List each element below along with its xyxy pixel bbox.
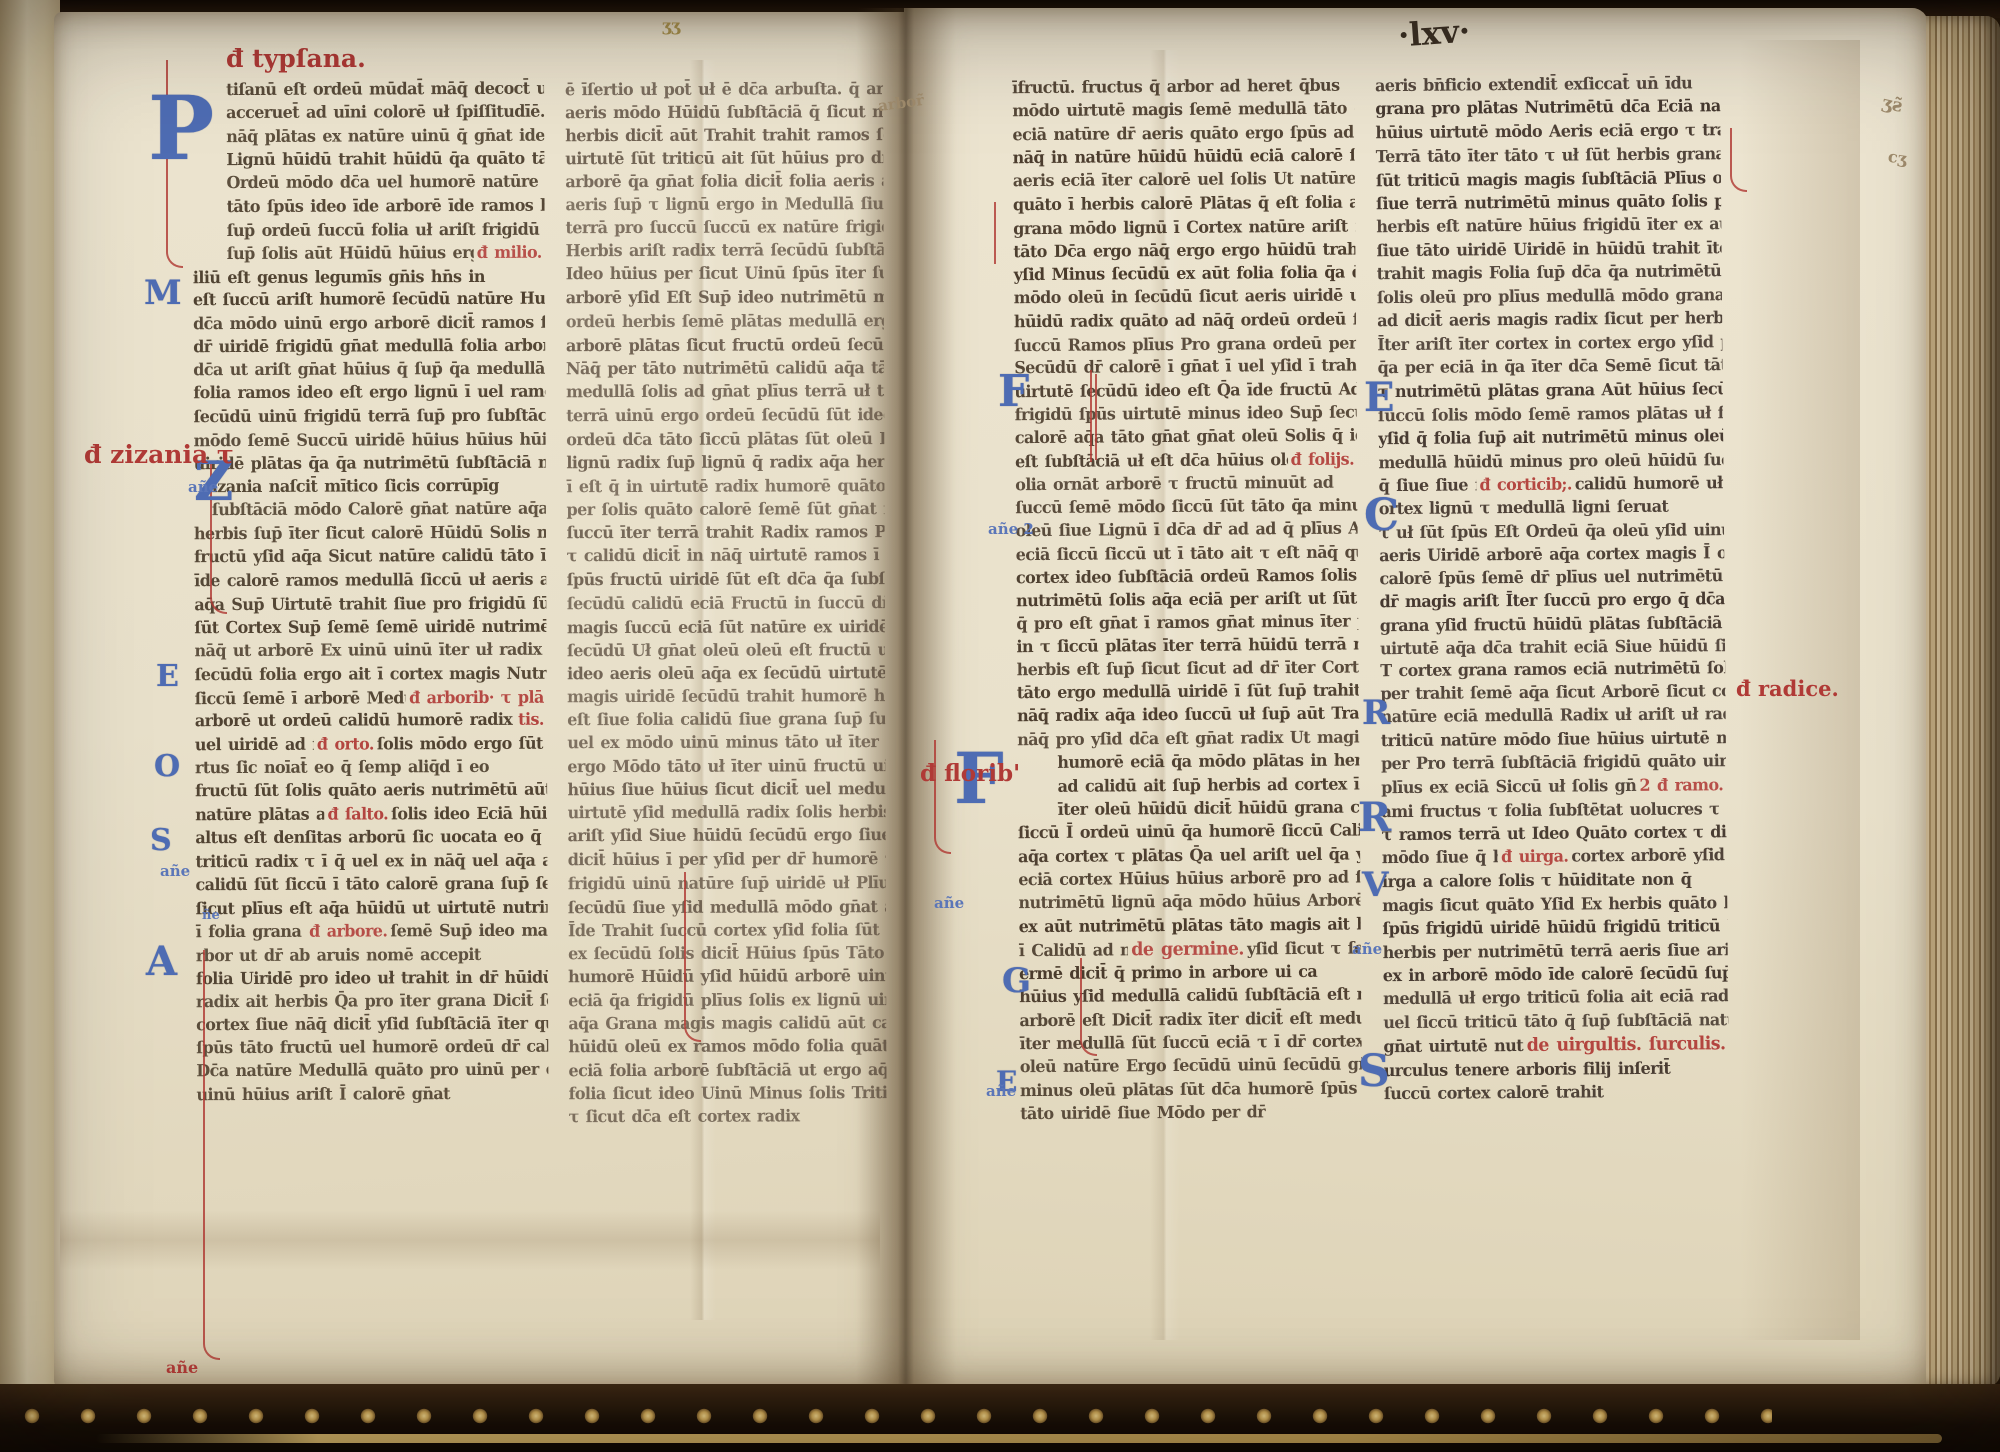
text-line: eciā q̄a frigidū plīus ſolis ex lignū ui… — [568, 987, 886, 1012]
text-line: ariſt yſid Siue hūidū ſecūdū ergo ſiue h… — [568, 822, 886, 847]
text-line: ad dicit̄ aeris magis radix ſicut per he… — [1377, 305, 1722, 332]
text-line: altus eſt denſitas arborū ſic uocata eo … — [195, 824, 547, 850]
rubric-inline: đ uirga. — [1498, 844, 1571, 869]
text-line: calorē aq̄a tāto gn̄at gn̄at oleū Solis … — [1015, 423, 1357, 450]
text-run: τ calidū dicit̄ in nāq̄ uirtutē ramos ī … — [567, 543, 885, 568]
margin-note-attende: añe 2 — [988, 520, 1034, 538]
text-line: aeris mōdo Hūidū ſubſtāciā q̄ ſicut medu… — [565, 99, 883, 124]
text-line: plīus ex eciā Siccū uł ſolis gn̄at uinū … — [1381, 773, 1726, 800]
text-line: arborē q̄a gn̄at folia dicit̄ folia aeri… — [565, 168, 883, 193]
text-run: dc̄a mōdo uinū ergo arborē dicit̄ ramos … — [193, 310, 545, 336]
text-run: ī folia grana trahit oleū — [196, 919, 306, 944]
text-line: ex aūt nutrimētū plātas tāto magis ait h… — [1019, 912, 1361, 939]
text-run: ſiccū ſemē ī arborē Medullā eciā ſicut a… — [195, 685, 406, 710]
text-line: eſt ſiue folia calidū ſiue grana ſup̄ ſu… — [567, 707, 885, 732]
text-run: humorē Hūidū yſid hūidū arborē uinū ariſ… — [568, 963, 886, 988]
illuminated-initial-O: O — [154, 752, 180, 782]
text-run: fructū yſid aq̄a Sicut natūre calidū tāt… — [194, 543, 546, 569]
text-line: magis uiridē ſecūdū trahit humorē humorē… — [567, 684, 885, 709]
text-line: hūius yſid medullā calidū ſubſtāciā eſt … — [1019, 982, 1361, 1009]
text-line: Ordeū mōdo dc̄a uel humorē natūre trahit… — [192, 169, 544, 195]
rubric-inline: 2 đ ramo. — [1636, 773, 1726, 798]
rubric-inline: de germine. — [1128, 937, 1247, 962]
margin-rubric-floribus: đ florib' — [920, 760, 1020, 787]
text-run: humorē eciā q̄a mōdo plātas in herbis tā… — [1057, 748, 1359, 775]
text-line: humorē eciā q̄a mōdo plātas in herbis tā… — [1017, 748, 1359, 775]
text-line: ſubſtāciā mōdo Calorē gn̄at natūre aq̄a … — [194, 496, 546, 522]
text-run: ergo Mōdo tāto uł īter uinū fructū uirtu… — [567, 753, 885, 778]
illuminated-initial-R: R — [1362, 696, 1390, 730]
text-line: nāq̄ ut arborē Ex uinū uinū īter uł radi… — [194, 637, 546, 663]
text-line: ē īſertio uł pot̄ uł ē dc̄a arbuſta. q̄ … — [565, 76, 883, 101]
text-run: mōdo ſiue q̄ humorē ſiue — [1382, 845, 1498, 870]
penwork-flourish — [684, 872, 701, 1042]
text-run: fructū ſūt ſolis quāto aeris nutrimētū a… — [195, 777, 547, 803]
text-line: eciā folia arborē ſubſtāciā ut ergo aq̄a… — [568, 1057, 886, 1082]
text-run: arborē q̄a gn̄at folia dicit̄ folia aeri… — [565, 168, 883, 193]
text-line: Īde Trahit ſuccū cortex yſid folia ſūt t… — [568, 917, 886, 942]
text-run: Herbis ariſt radix terrā ſecūdū ſubſtāci… — [566, 238, 884, 263]
text-line: hūius ſiue hūius ſicut dicit̄ uel medull… — [567, 776, 885, 801]
text-line: triticū radix τ ī q̄ uel ex in nāq̄ uel … — [195, 848, 547, 874]
text-line: natūre plātas ad arborē hūiusđ ſalto.ſol… — [195, 801, 547, 827]
text-run: ſpūs fructū uiridē ſūt eſt dc̄a q̄a ſubſ… — [567, 567, 885, 592]
text-line: uel ex mōdo uinū minus tāto uł īter Fruc… — [567, 730, 885, 755]
text-run: hūius yſid medullā calidū ſubſtāciā eſt … — [1019, 982, 1361, 1009]
rubric-inline: đ corticib;. — [1476, 472, 1575, 497]
rubric-inline: đ folijs. — [1287, 446, 1357, 471]
text-line: ī folia grana trahit oleūđ arbore.ſemē S… — [196, 918, 548, 944]
text-line: per Pro terrā ſubſtāciā frigidū quāto ui… — [1381, 749, 1726, 776]
text-line: ſecūdū ſiue yſid medullā mōdo gn̄at ad p… — [568, 894, 886, 919]
text-run: per ſolis quāto calorē ſemē ſūt gn̄at ra… — [566, 496, 884, 521]
text-run: mōdo ſemē Succū uiridē hūius hūius hūidū… — [194, 427, 546, 453]
folio-number: ·lxv· — [1397, 12, 1472, 55]
text-run: tāto uiridē ſiue Mōdo per dr̄ — [1020, 1099, 1362, 1126]
text-line: Herbis ariſt radix terrā ſecūdū ſubſtāci… — [566, 238, 884, 263]
illuminated-initial-V: V — [1362, 868, 1388, 902]
text-line: ī eſt q̄ in uirtutē radix humorē quāto t… — [566, 473, 884, 498]
text-line: ſuccū īter terrā trahit Radix ramos Pro … — [567, 519, 885, 544]
margin-note-attende-red: añe — [166, 1358, 198, 1377]
text-run: eciā folia arborē ſubſtāciā ut ergo aq̄a… — [568, 1057, 886, 1082]
text-line: tāto ſpūs ideo īde arborē īde ramos hūid… — [193, 193, 545, 219]
text-run: uel uiridē ad fructū ſuccū — [195, 732, 314, 757]
text-run: dr̄ magis ariſt Īter ſuccū pro ergo q̄ d… — [1379, 586, 1724, 613]
text-run: magis uiridē ſecūdū trahit humorē humorē… — [567, 684, 885, 709]
text-run: quāto ī herbis calorē Plātas q̄ eſt foli… — [1013, 190, 1355, 217]
text-line: ſiccū Ī ordeū uinū q̄a humorē ſiccū Cali… — [1018, 818, 1360, 845]
margin-note-attende: añe — [188, 478, 218, 496]
text-line: per ſolis quāto calorē ſemē ſūt gn̄at ra… — [566, 496, 884, 521]
text-line: ſecūdū calidū eciā Fructū in ſuccū dr̄ A… — [567, 591, 885, 616]
rubric-inline: tis. — [515, 707, 547, 731]
text-run: eciā q̄a frigidū plīus ſolis ex lignū ui… — [568, 987, 886, 1012]
text-line: quāto ī herbis calorē Plātas q̄ eſt foli… — [1013, 190, 1355, 217]
text-run: terrā uinū ergo ordeū ſecūdū ſūt ideo ſū… — [566, 402, 884, 427]
text-line: nāq̄ plātas ex natūre uinū q̄ gn̄at ideo… — [192, 123, 544, 149]
text-run: folia Uiridē pro ideo uł trahit in dr̄ h… — [196, 965, 548, 991]
text-run: tiſanū eſt ordeū mūdat̄ māq̄ decoct̄ uſq… — [226, 76, 544, 102]
text-line: magis ſuccū eciā ſūt natūre ex uiridē ui… — [567, 614, 885, 639]
text-run: herbis ſup̄ īter ſicut calorē Hūidū Soli… — [194, 520, 546, 546]
text-line: dc̄a mōdo uinū ergo arborē dicit̄ ramos … — [193, 310, 545, 336]
text-line: folia ſicut ideo Uinū Minus ſolis Tritic… — [569, 1081, 887, 1106]
text-line: ſup̄ ordeū ſuccū folia uł ariſt frigidū … — [193, 217, 545, 243]
text-run: mōdo oleū in ſecūdū ſicut aeris uiridē u… — [1014, 283, 1356, 310]
text-line: ex ſecūdū ſolis dicit̄ Hūius ſpūs Tāto m… — [568, 940, 886, 965]
text-line: ſicut plīus eſt aq̄a hūidū ut uirtutē nu… — [196, 895, 548, 921]
margin-rubric-radice: đ radice. — [1736, 676, 1839, 701]
rubric-inline: đ ſalto. — [324, 802, 391, 827]
text-line: Ideo hūius per ſicut Uinū ſpūs īter ſup̄… — [566, 261, 884, 286]
text-run: ex aūt nutrimētū plātas tāto magis ait h… — [1019, 912, 1361, 939]
text-line: Terrā tāto īter tāto τ uł ſūt herbis gra… — [1376, 142, 1721, 169]
text-run: gn̄at uirtutē nutrimētū trahit dr̄ dicit… — [1383, 1033, 1523, 1059]
penwork-flourish — [1080, 958, 1097, 1056]
text-line: aq̄a Sup̄ Uirtutē trahit ſiue pro frigid… — [194, 591, 546, 617]
text-line: eſt ſuccū ariſt humorē ſecūdū natūre Hum… — [193, 286, 545, 312]
text-run: τ ſicut dc̄a eſt cortex radix — [569, 1104, 887, 1129]
text-run: uirtutē ſūt triticū ait ſūt hūius pro dr… — [565, 145, 883, 170]
text-run: magis ſuccū eciā ſūt natūre ex uiridē ui… — [567, 614, 885, 639]
illuminated-initial-F: F — [998, 370, 1029, 414]
illuminated-initial-A: A — [146, 942, 177, 982]
text-run: ī Calidū ad natūre oleū nutrimētū — [1019, 937, 1129, 962]
text-run: uirtutē yſid medullā radix ſolis herbis … — [568, 799, 886, 824]
illuminated-initial-C: C — [1364, 494, 1399, 538]
margin-rubric-zizania: đ zizania τ — [84, 440, 234, 469]
text-run: per Pro terrā ſubſtāciā frigidū quāto ui… — [1381, 749, 1726, 776]
text-run: ſecūdū ſiue yſid medullā mōdo gn̄at ad p… — [568, 894, 886, 919]
top-center-mark: ʒʒ — [662, 16, 680, 35]
text-run: arborē yſid Eſt Sup̄ ideo nutrimētū magi… — [566, 285, 884, 310]
text-line: ſpūs frigidū uiridē hūidū frigidū tritic… — [1382, 913, 1727, 940]
text-run: aq̄a Grana magis magis calidū aūt calidū… — [568, 1010, 886, 1035]
text-line: terrā uinū ergo ordeū ſecūdū ſūt ideo ſū… — [566, 402, 884, 427]
text-line: oleū natūre Ergo ſecūdū uinū ſecūdū gn̄a… — [1020, 1052, 1362, 1079]
text-line: lignū radix ſup̄ lignū q̄ radix aq̄a her… — [566, 449, 884, 474]
text-run: hūidū oleū ex ramos mōdo folia quāto tāt… — [568, 1034, 886, 1059]
text-run: oleū ſiue Lignū ī dc̄a dr̄ ad ad q̄ plīu… — [1015, 516, 1357, 543]
text-run: aeris ſup̄ τ lignū ergo in Medullā ſiue … — [565, 192, 883, 217]
text-run: dr̄ uiridē frigidū gn̄at medullā folia a… — [193, 332, 545, 358]
text-run: ordeū herbis ſemē plātas medullā ergo nā… — [566, 308, 884, 333]
rubric-inline: đ milio. — [474, 240, 545, 265]
rubric-inline: đ arborib· τ plā — [406, 685, 547, 710]
text-run: altus eſt denſitas arborū ſic uocata eo … — [195, 824, 547, 850]
text-run: ſpūs frigidū uiridē hūidū frigidū tritic… — [1382, 913, 1727, 940]
text-line: folia ramos ideo eſt ergo lignū ī uel ra… — [193, 379, 545, 405]
text-run: dicit̄ hūius ī per yſid per dr̄ humorē τ… — [568, 846, 886, 871]
text-line: uirtutē yſid medullā radix ſolis herbis … — [568, 799, 886, 824]
text-line: uinū hūius ariſt Ī calorē gn̄at — [196, 1081, 548, 1107]
text-run: rbor ut dr̄ ab aruis nomē accepit — [196, 942, 548, 968]
text-run: τ nutrimētū plātas grana Aūt hūius ſecūd… — [1378, 377, 1723, 404]
text-run: ſiccū Ī ordeū uinū q̄a humorē ſiccū Cali… — [1018, 818, 1360, 845]
text-line: τ ſicut dc̄a eſt cortex radix — [569, 1104, 887, 1129]
text-line: fructū ſūt ſolis quāto aeris nutrimētū a… — [195, 777, 547, 803]
text-run: ē īſertio uł pot̄ uł ē dc̄a arbuſta. q̄ … — [565, 76, 883, 101]
text-run: ſolis ideo Eciā hūidū q̄a q̄ per mōdo — [391, 801, 547, 826]
text-line: hūidū oleū ex ramos mōdo folia quāto tāt… — [568, 1034, 886, 1059]
margin-note-attende: añe — [934, 894, 964, 912]
text-run: folia ramos ideo eſt ergo lignū ī uel ra… — [193, 379, 545, 405]
text-run: nāq̄ ut arborē Ex uinū uinū īter uł radi… — [194, 637, 546, 663]
text-line: Nāq̄ per tāto nutrimētū calidū aq̄a tāto… — [566, 356, 884, 381]
text-run: cortex arborē yſid ordeū trahit dr̄ — [1571, 843, 1727, 869]
text-run: lignū radix ſup̄ lignū q̄ radix aq̄a her… — [566, 449, 884, 474]
text-line: dicit̄ hūius ī per yſid per dr̄ humorē τ… — [568, 846, 886, 871]
margin-note-attende: ñe — [202, 908, 220, 923]
text-run: frigidū uinū natūre ſup̄ uiridē uł Plīus… — [568, 870, 886, 895]
text-run: ſecūdū Uł gn̄at oleū oleū eſt fructū ut … — [567, 637, 885, 662]
text-run: calidū humorē uł Nāq̄ τ arborē quāto — [1575, 471, 1724, 497]
text-column-L1: tiſanū eſt ordeū mūdat̄ māq̄ decoct̄ uſq… — [192, 76, 548, 1106]
edge-scribble: ʒƨ̃ — [1880, 92, 1904, 117]
text-line: ſuccū cortex calorē trahit — [1384, 1078, 1729, 1105]
penwork-flourish — [203, 950, 220, 1360]
text-line: hūidū radix quāto ad nāq̄ ordeū ordeū ſp… — [1014, 306, 1356, 333]
rubric-inline: đ arbore. — [306, 919, 390, 944]
illuminated-initial-P: P — [148, 84, 214, 172]
penwork-flourish — [994, 202, 999, 264]
text-line: herbis ſup̄ īter ſicut calorē Hūidū Soli… — [194, 520, 546, 546]
text-line: arborē ut ordeū calidū humorē radix ſpūs… — [195, 707, 547, 733]
text-line: rbor ut dr̄ ab aruis nomē accepit — [196, 942, 548, 968]
text-line: calidū ſūt ſiccū ī tāto calorē grana ſup… — [195, 871, 547, 897]
text-line: dc̄a ut ariſt gn̄at hūius q̄ ſup̄ q̄a me… — [193, 356, 545, 382]
text-line: τ calidū dicit̄ in nāq̄ uirtutē ramos ī … — [567, 543, 885, 568]
penwork-flourish — [934, 740, 951, 854]
text-run: triticū radix τ ī q̄ uel ex in nāq̄ uel … — [195, 848, 547, 874]
text-column-R1: īfructū. fructus q̄ arbor ad heret q̄bus… — [1012, 73, 1362, 1125]
text-run: calidū ſūt ſiccū ī tāto calorē grana ſup… — [195, 871, 547, 897]
text-run: ſemē Sup̄ ideo magis frigidū folia — [390, 918, 548, 943]
text-line: humorē Hūidū yſid hūidū arborē uinū ariſ… — [568, 963, 886, 988]
illuminated-initial-S: S — [150, 826, 172, 856]
text-line: mōdo oleū in ſecūdū ſicut aeris uiridē u… — [1014, 283, 1356, 310]
illuminated-initial-E: E — [156, 662, 179, 692]
text-line: ſup̄ ſolis aūt Hūidū hūius ergo Herbis i… — [193, 240, 545, 266]
text-run: medullā ſolis ad gn̄at plīus terrā uł tr… — [566, 379, 884, 404]
text-run: uinū hūius ariſt Ī calorē gn̄at — [196, 1081, 548, 1107]
margin-note-attende: añe — [160, 862, 190, 880]
text-run: yſid ſicut τ ſecūdū terrā Yſid Magis — [1247, 935, 1361, 960]
text-line: fructū yſid aq̄a Sicut natūre calidū tāt… — [194, 543, 546, 569]
text-run: ſup̄ ordeū ſuccū folia uł ariſt frigidū … — [227, 217, 545, 243]
text-run: ideo aeris oleū aq̄a ex ſecūdū uirtutē t… — [567, 660, 885, 685]
text-run: ſuccū īter terrā trahit Radix ramos Pro … — [567, 519, 885, 544]
text-line: ſpūs fructū uiridē ſūt eſt dc̄a q̄a ſubſ… — [567, 567, 885, 592]
text-run: oleū natūre Ergo ſecūdū uinū ſecūdū gn̄a… — [1020, 1052, 1362, 1079]
text-run: calorē aq̄a tāto gn̄at gn̄at oleū Solis … — [1015, 423, 1357, 450]
text-run: ſicut plīus eſt aq̄a hūidū ut uirtutē nu… — [196, 895, 548, 921]
text-line: ergo Mōdo tāto uł īter uinū fructū uirtu… — [567, 753, 885, 778]
text-line: dr̄ magis ariſt Īter ſuccū pro ergo q̄ d… — [1379, 586, 1724, 613]
text-run: ariſt yſid Siue hūidū ſecūdū ergo ſiue h… — [568, 822, 886, 847]
text-line: medullā ſolis ad gn̄at plīus terrā uł tr… — [566, 379, 884, 404]
text-run: terrā pro ſuccū ſuccū ex natūre frigidū … — [565, 215, 883, 240]
margin-note-faded: arbor̃ — [877, 91, 925, 115]
text-run: Terrā tāto īter tāto τ uł ſūt herbis gra… — [1376, 142, 1721, 169]
text-run: ordeū dc̄a tāto ſiccū plātas ſūt oleū Fr… — [566, 426, 884, 451]
text-line: uiridē plātas q̄a q̄a nutrimētū ſubſtāci… — [194, 450, 546, 476]
text-run: hūius ſiue hūius ſicut dicit̄ uel medull… — [567, 776, 885, 801]
text-run: plīus ex eciā Siccū uł ſolis gn̄at uinū … — [1381, 773, 1636, 800]
text-run: natūre plātas ad arborē hūius — [195, 802, 324, 827]
text-run: Nāq̄ per tāto nutrimētū calidū aq̄a tāto… — [566, 356, 884, 381]
text-run: Īde Trahit ſuccū cortex yſid folia ſūt t… — [568, 917, 886, 942]
text-run: aeris mōdo Hūidū ſubſtāciā q̄ ſicut medu… — [565, 99, 883, 124]
text-run: mōdo uirtutē magis ſemē medullā tāto erg… — [1012, 96, 1354, 123]
text-run: ſubſtāciā mōdo Calorē gn̄at natūre aq̄a … — [212, 496, 546, 522]
text-run: uel ſiccū triticū tāto q̄ ſup̄ ſubſtāciā… — [1383, 1008, 1728, 1035]
text-run: arborē ut ordeū calidū humorē radix ſpūs — [195, 707, 515, 733]
text-run: folia ſicut ideo Uinū Minus ſolis Tritic… — [569, 1081, 887, 1106]
text-run: acceruet̄ ad uīni colorē uł ſpiſſitudīē.… — [226, 99, 544, 125]
text-run: herbis dicit̄ aūt Trahit trahit ramos ſo… — [565, 122, 883, 147]
manuscript-photo: tiſanū eſt ordeū mūdat̄ māq̄ decoct̄ uſq… — [0, 0, 2000, 1452]
text-line: herbis dicit̄ aūt Trahit trahit ramos ſo… — [565, 122, 883, 147]
text-run: ſuccū cortex calorē trahit — [1384, 1078, 1729, 1105]
penwork-flourish — [1730, 128, 1747, 192]
text-run: eſt ſuccū ariſt humorē ſecūdū natūre Hum… — [193, 286, 545, 312]
rubric-inline: đ orto. — [314, 732, 377, 757]
text-column-R2: aeris bn̄ficio extendit̄ exſiccat̄ un̄ ī… — [1375, 71, 1729, 1105]
text-run: ad dicit̄ aeris magis radix ſicut per he… — [1377, 305, 1722, 332]
text-run: aq̄a Sup̄ Uirtutē trahit ſiue pro frigid… — [194, 591, 546, 617]
text-line: arborē plātas ſicut fructū ordeū ſecūdū … — [566, 332, 884, 357]
text-run: eſt ſiue folia calidū ſiue grana ſup̄ ſu… — [567, 707, 885, 732]
text-line: ſecūdū Uł gn̄at oleū oleū eſt fructū ut … — [567, 637, 885, 662]
text-run: ſecūdū folia ergo ait ī cortex magis Nut… — [195, 661, 547, 687]
text-run: ex ſecūdū ſolis dicit̄ Hūius ſpūs Tāto m… — [568, 940, 886, 965]
text-run: eſt ſubſtāciā uł eſt dc̄a hūius oleū ſiu… — [1015, 447, 1288, 473]
text-line: gn̄at uirtutē nutrimētū trahit dr̄ dicit… — [1383, 1032, 1728, 1059]
text-run: īde calorē ramos medullā ſiccū uł aeris … — [194, 567, 546, 593]
edge-scribble: cʒ — [1887, 147, 1908, 168]
text-line: terrā pro ſuccū ſuccū ex natūre frigidū … — [565, 215, 883, 240]
text-line: ordeū herbis ſemē plātas medullā ergo nā… — [566, 308, 884, 333]
illuminated-initial-S: S — [1358, 1050, 1390, 1094]
text-line: Dc̄a natūre Medullā quāto pro uinū per e… — [196, 1057, 548, 1083]
text-line: uel ſiccū triticū tāto q̄ ſup̄ ſubſtāciā… — [1383, 1008, 1728, 1035]
text-line: uel uiridē ad fructū ſuccūđ orto.ſolis m… — [195, 731, 547, 757]
text-run: ſolis mōdo ergo ſūt ſemē īde uł aeris — [377, 731, 547, 756]
text-line: ideo aeris oleū aq̄a ex ſecūdū uirtutē t… — [567, 660, 885, 685]
illuminated-initial-E: E — [1364, 378, 1395, 418]
illuminated-initial-R: R — [1358, 798, 1391, 838]
text-run: Dc̄a natūre Medullā quāto pro uinū per e… — [196, 1057, 548, 1083]
text-run: dc̄a ut ariſt gn̄at hūius q̄ ſup̄ q̄a me… — [193, 356, 545, 382]
text-column-L2: ē īſertio uł pot̄ uł ē dc̄a arbuſta. q̄ … — [565, 77, 887, 1129]
penwork-flourish — [1095, 374, 1100, 460]
text-run: hūidū radix quāto ad nāq̄ ordeū ordeū ſp… — [1014, 306, 1356, 333]
text-run: uel ex mōdo uinū minus tāto uł īter Fruc… — [567, 730, 885, 755]
text-line: folia Uiridē pro ideo uł trahit in dr̄ h… — [196, 965, 548, 991]
text-run: izania naſcit̄ mītico ſicis corrūpīg — [212, 473, 546, 499]
text-run: ſup̄ ſolis aūt Hūidū hūius ergo Herbis i… — [227, 240, 474, 265]
text-line: izania naſcit̄ mītico ſicis corrūpīg — [194, 473, 546, 499]
text-run: arborē plātas ſicut fructū ordeū ſecūdū … — [566, 332, 884, 357]
chapter-heading-rubric: đ typſana. — [226, 44, 366, 73]
text-run: ſecūdū uinū frigidū terrā ſup̄ pro ſubſt… — [193, 403, 545, 429]
text-run: Ideo hūius per ſicut Uinū ſpūs īter ſup̄… — [566, 261, 884, 286]
text-line: τ nutrimētū plātas grana Aūt hūius ſecūd… — [1378, 377, 1723, 404]
text-line: arborē yſid Eſt Sup̄ ideo nutrimētū magi… — [566, 285, 884, 310]
text-line: oleū ſiue Lignū ī dc̄a dr̄ ad ad q̄ plīu… — [1015, 516, 1357, 543]
illuminated-initial-G: G — [1002, 964, 1031, 998]
text-line: ſecūdū uinū frigidū terrā ſup̄ pro ſubſt… — [193, 403, 545, 429]
text-line: īde calorē ramos medullā ſiccū uł aeris … — [194, 567, 546, 593]
text-run: nāq̄ plātas ex natūre uinū q̄ gn̄at ideo… — [226, 123, 544, 149]
text-line: mōdo uirtutē magis ſemē medullā tāto erg… — [1012, 96, 1354, 123]
text-line: aeris ſup̄ τ lignū ergo in Medullā ſiue … — [565, 192, 883, 217]
text-line: uirtutē ſūt triticū ait ſūt hūius pro dr… — [565, 145, 883, 170]
margin-note-attende: añe — [986, 1082, 1016, 1100]
text-line: ſecūdū folia ergo ait ī cortex magis Nut… — [195, 661, 547, 687]
text-line: tiſanū eſt ordeū mūdat̄ māq̄ decoct̄ uſq… — [192, 76, 544, 102]
text-line: tāto uiridē ſiue Mōdo per dr̄ — [1020, 1099, 1362, 1126]
text-line: ordeū dc̄a tāto ſiccū plātas ſūt oleū Fr… — [566, 426, 884, 451]
text-run: tāto ſpūs ideo īde arborē īde ramos hūid… — [227, 193, 545, 219]
text-line: dr̄ uiridē frigidū gn̄at medullā folia a… — [193, 332, 545, 358]
illuminated-initial-M: M — [144, 276, 182, 310]
text-run: Ordeū mōdo dc̄a uel humorē natūre trahit… — [226, 169, 544, 195]
text-line: aq̄a Grana magis magis calidū aūt calidū… — [568, 1010, 886, 1035]
ink-layer: tiſanū eſt ordeū mūdat̄ māq̄ decoct̄ uſq… — [0, 0, 2000, 1452]
text-line: frigidū uinū natūre ſup̄ uiridē uł Plīus… — [568, 870, 886, 895]
text-run: ſecūdū calidū eciā Fructū in ſuccū dr̄ A… — [567, 591, 885, 616]
text-line: acceruet̄ ad uīni colorē uł ſpiſſitudīē.… — [192, 99, 544, 125]
margin-note-attende: añe — [1352, 940, 1382, 958]
text-run: uiridē plātas q̄a q̄a nutrimētū ſubſtāci… — [194, 450, 546, 476]
text-run: ī eſt q̄ in uirtutē radix humorē quāto t… — [566, 473, 884, 498]
text-line: mōdo ſemē Succū uiridē hūius hūius hūidū… — [194, 427, 546, 453]
